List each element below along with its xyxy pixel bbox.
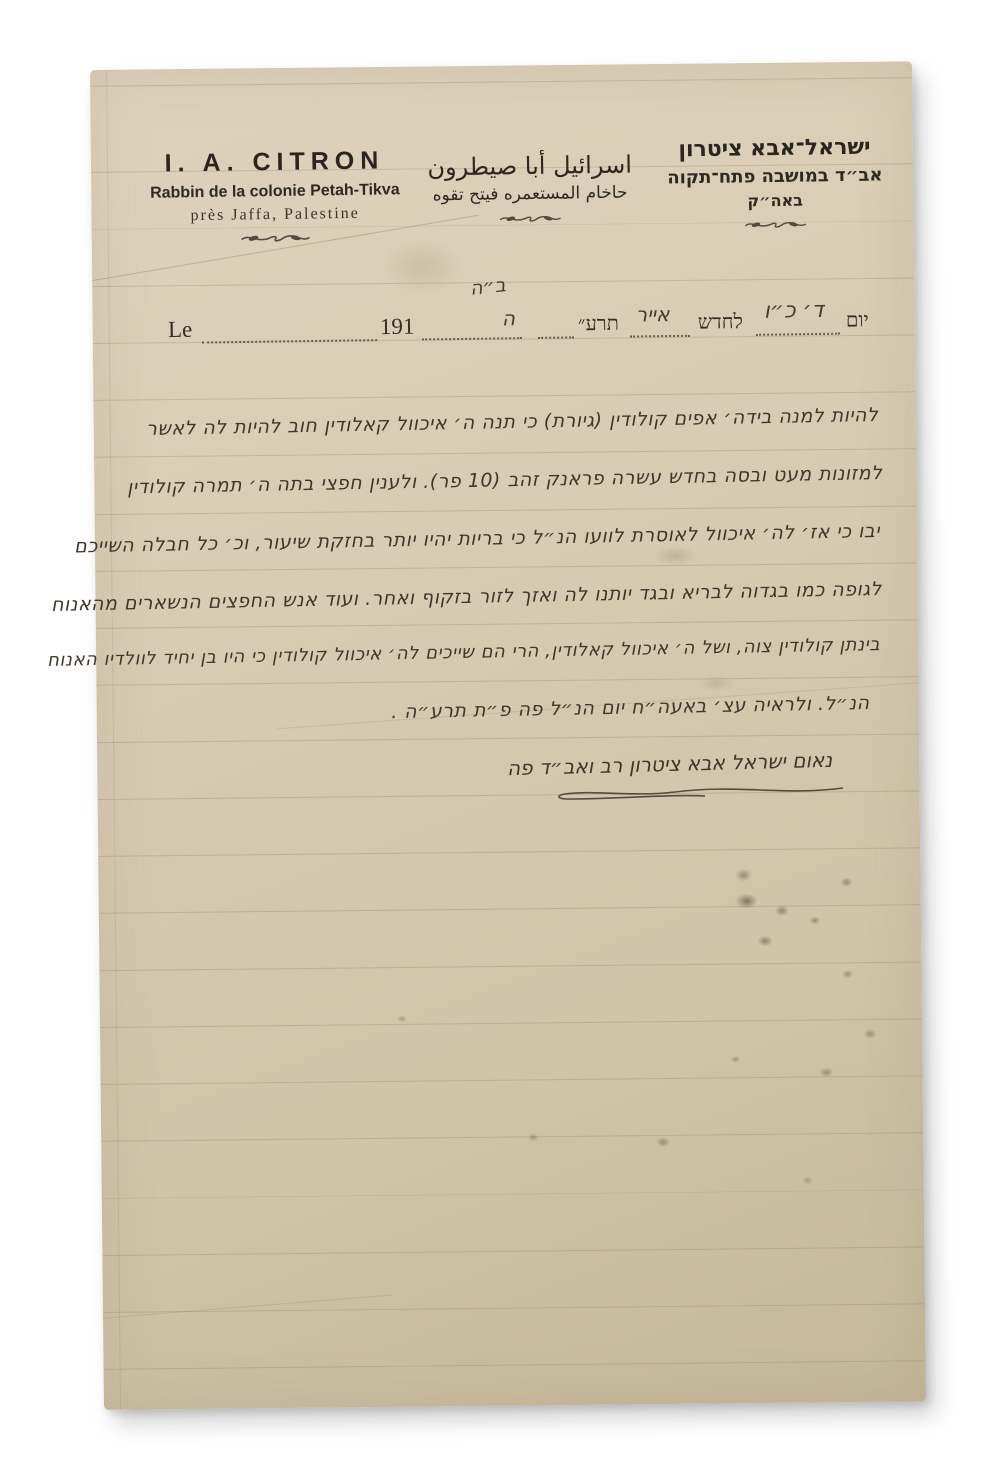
handwritten-day: ד׳ כ״ו (764, 298, 824, 324)
date-year-print: 191 (380, 314, 415, 340)
letterhead-holyland-hebrew: באה״ק (650, 189, 900, 211)
date-year-prefix: תרע״ (578, 313, 619, 337)
flourish-ornament-icon (420, 208, 640, 230)
handwritten-month: אייר (636, 302, 670, 326)
dotted-blank (202, 338, 377, 343)
handwritten-bh-abbreviation: ב״ה (469, 274, 507, 300)
letterhead-title-hebrew: אב״ד במושבה פתח־תקוה (650, 164, 900, 188)
letterhead-french: I. A. CITRON Rabbin de la colonie Petah-… (149, 146, 400, 250)
letterhead-location-french: près Jaffa, Palestine (150, 204, 400, 225)
ruled-lines (90, 61, 926, 1410)
letterhead-name-hebrew: ישראל־אבא ציטרון (649, 134, 899, 162)
dotted-blank (538, 335, 574, 339)
dotted-blank (756, 332, 840, 336)
letterhead-hebrew: ישראל־אבא ציטרון אב״ד במושבה פתח־תקוה בא… (649, 134, 900, 236)
flourish-ornament-icon (650, 214, 900, 236)
flourish-ornament-icon (150, 228, 400, 250)
letter-paper (90, 61, 926, 1410)
letterhead-title-french: Rabbin de la colonie Petah-Tikva (150, 181, 400, 202)
letterhead-arabic: اسرائيل أبا صيطرون حاخام المستعمره فيتح … (419, 150, 640, 230)
handwritten-year-letter: ה (502, 306, 515, 330)
date-day-label: יום (846, 309, 869, 332)
letterhead-title-arabic: حاخام المستعمره فيتح تقوه (420, 182, 640, 205)
dotted-blank (422, 336, 522, 340)
signature-flourish-underline (555, 782, 845, 806)
letterhead-name-arabic: اسرائيل أبا صيطرون (419, 150, 639, 181)
dotted-blank (630, 334, 690, 338)
date-le-label: Le (168, 317, 193, 343)
letterhead-name-french: I. A. CITRON (149, 146, 399, 178)
date-month-label: לחדש (698, 311, 743, 335)
